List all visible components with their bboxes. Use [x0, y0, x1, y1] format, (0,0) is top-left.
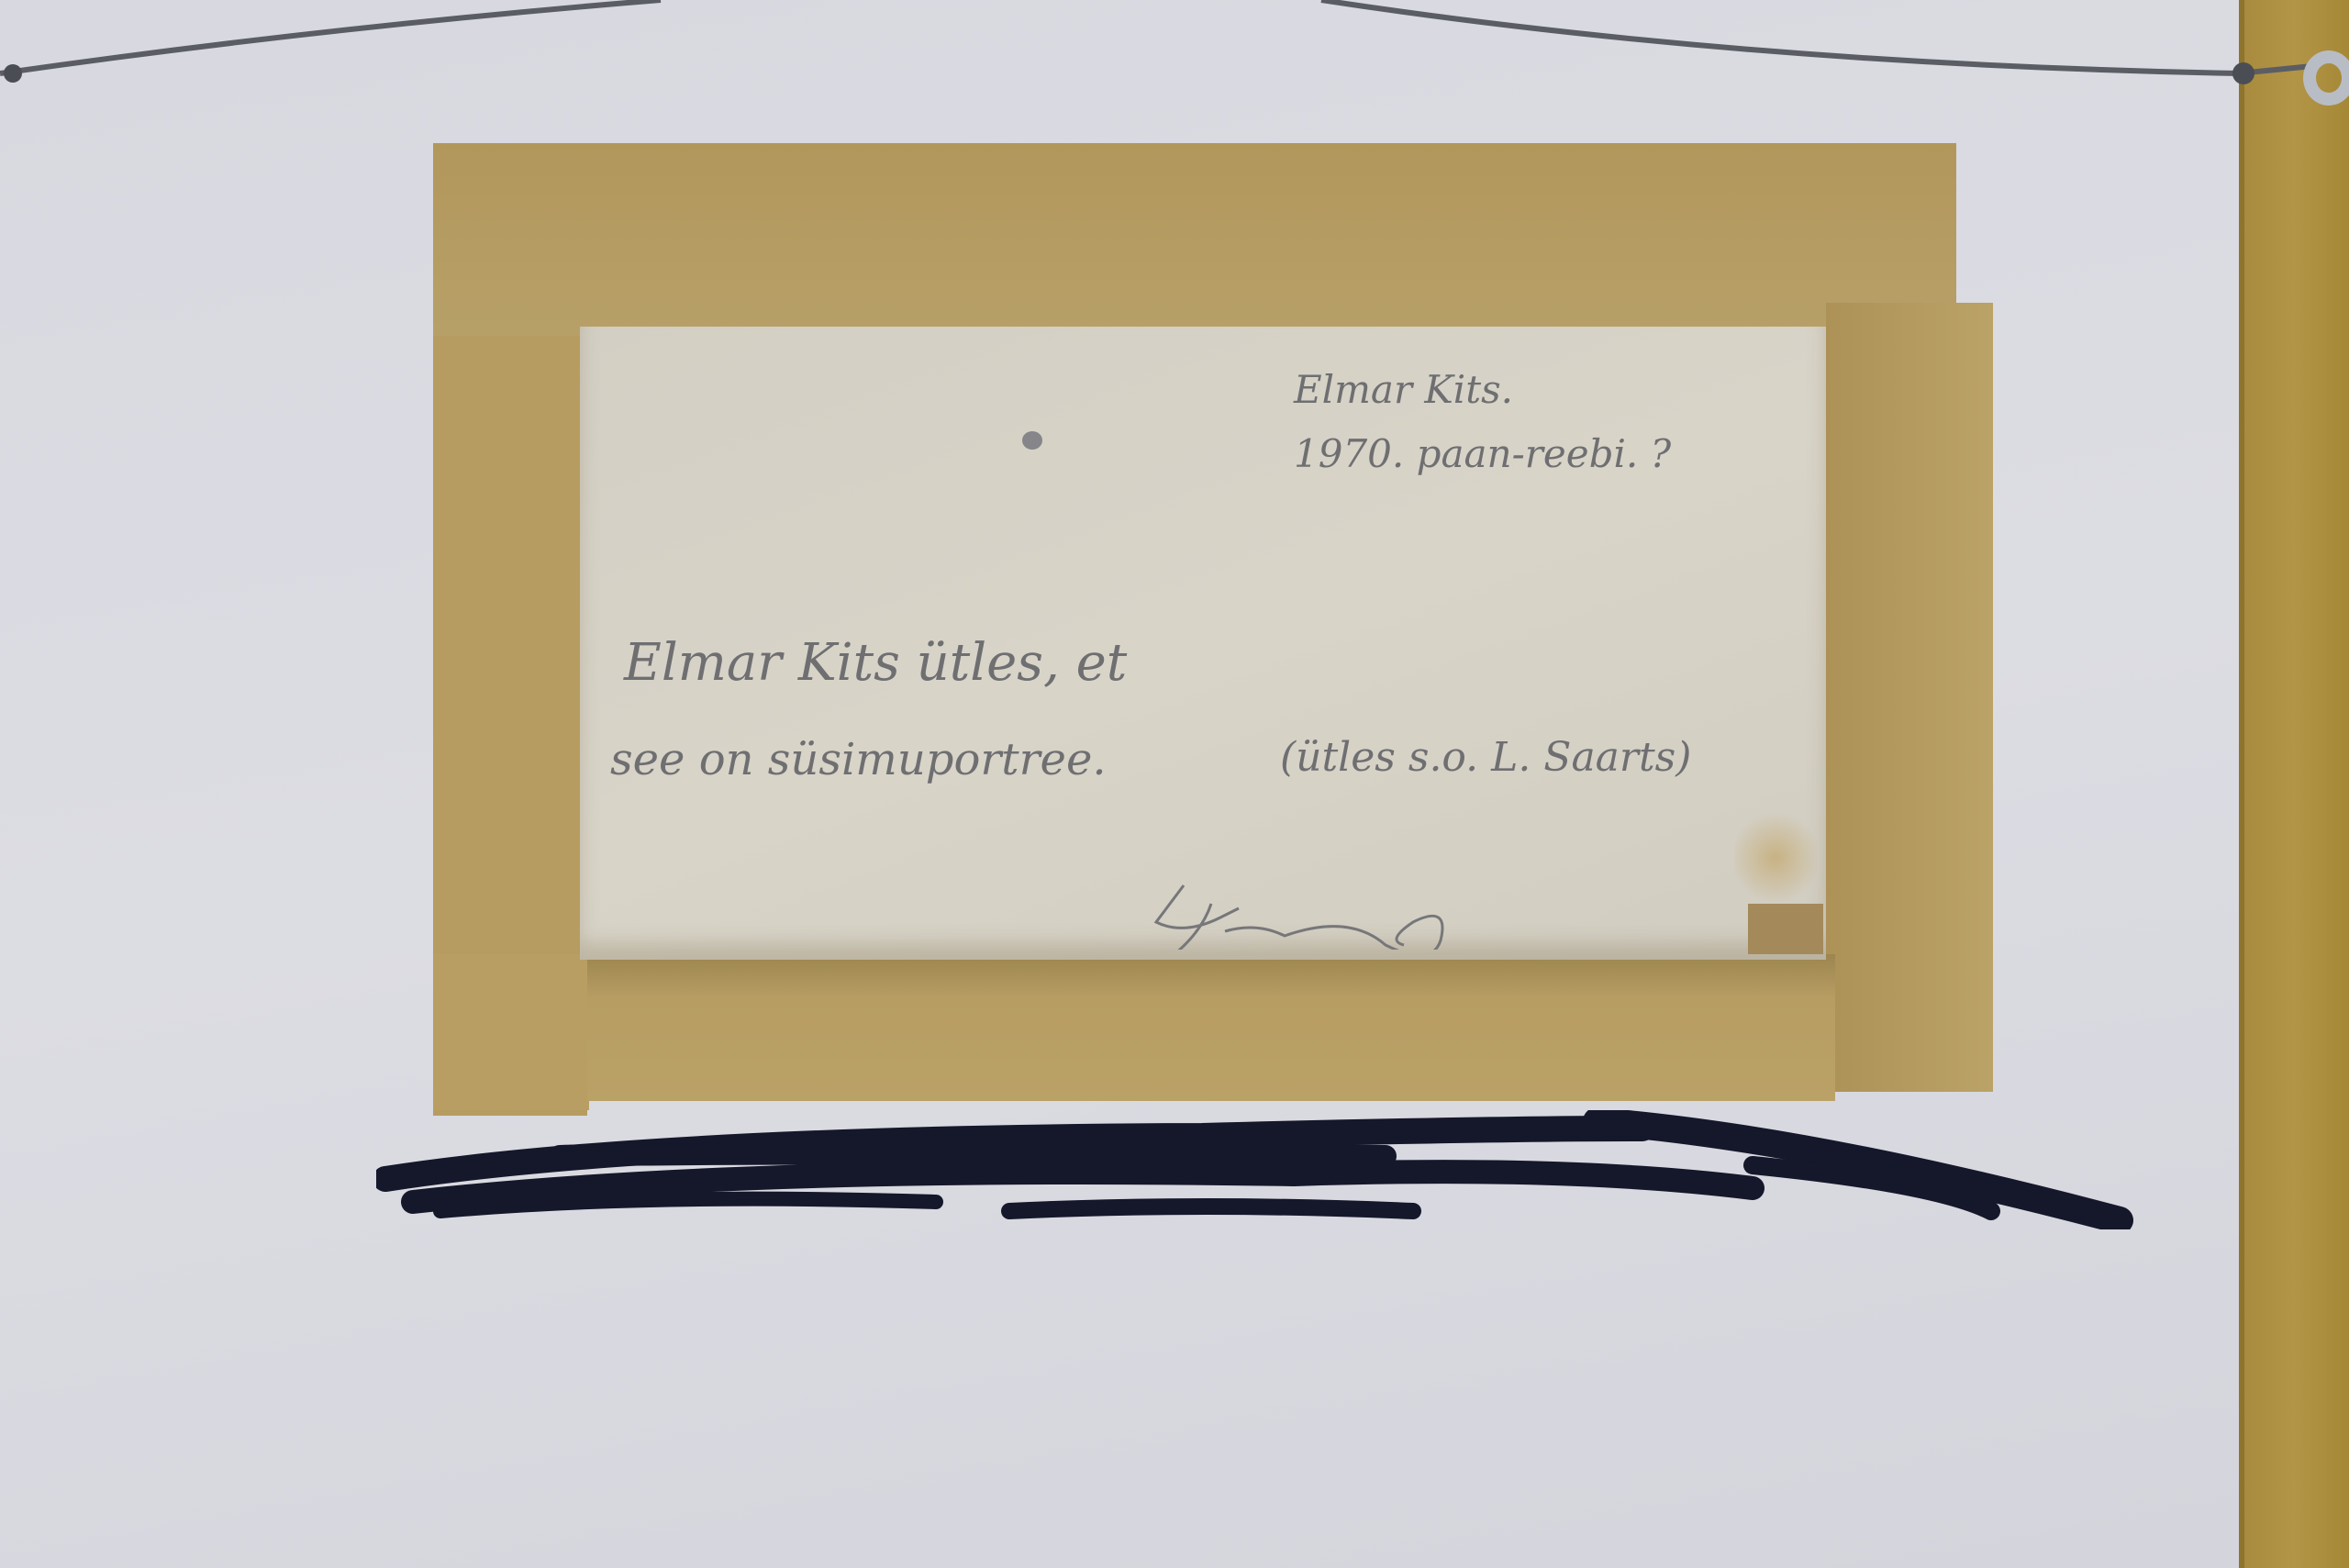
frame-edge-shadow — [2239, 0, 2244, 1568]
label-line-statement: Elmar Kits ütles, et — [624, 633, 1127, 693]
label-line-date: 1970. paan-reebi. ? — [1294, 431, 1671, 476]
hanging-washer — [2303, 50, 2349, 106]
label-line-title: see on süsimuportree. — [610, 734, 1107, 785]
tape-bottom — [587, 954, 1835, 1101]
label-line-artist: Elmar Kits. — [1294, 367, 1513, 412]
marker-redaction — [376, 1110, 2138, 1229]
tape-right — [1826, 303, 1993, 1092]
label-stain — [1734, 807, 1817, 908]
hanging-wire — [0, 0, 2349, 110]
signature — [1147, 867, 1477, 950]
tape-top — [433, 143, 1956, 336]
label-line-source: (ütles s.o. L. Saarts) — [1280, 734, 1691, 781]
tape-bottom-left — [433, 954, 589, 1110]
label-mark — [1022, 431, 1042, 450]
tape-patch — [1748, 904, 1823, 954]
frame-edge — [2239, 0, 2349, 1568]
